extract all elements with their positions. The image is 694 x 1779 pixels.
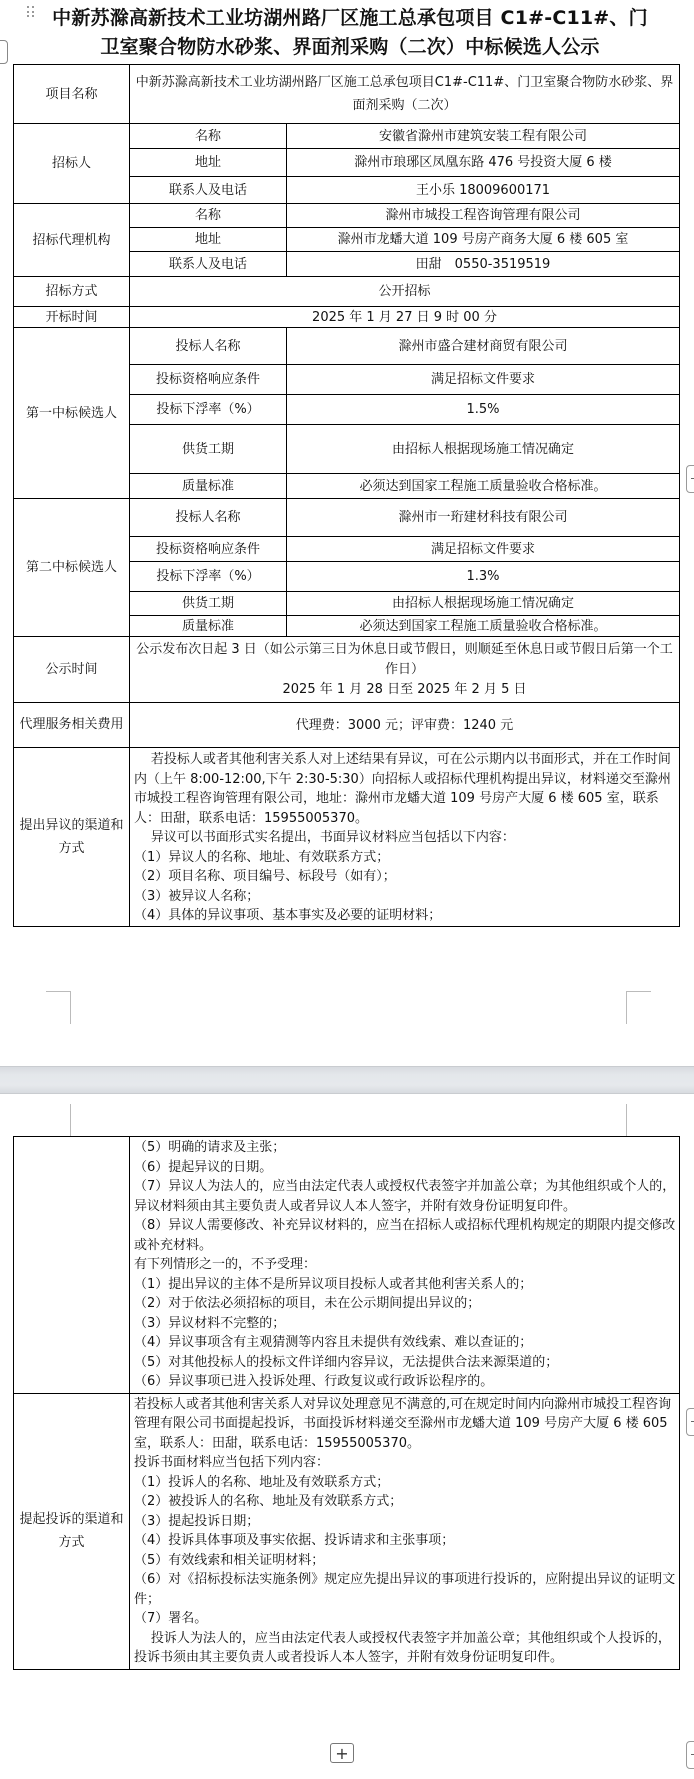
left-margin-tab[interactable]: [0, 40, 8, 64]
agency-name: 滁州市城投工程咨询管理有限公司: [287, 204, 680, 228]
table-row-project-name: 项目名称 中新苏滁高新技术工业坊湖州路厂区施工总承包项目C1#-C11#、门卫室…: [14, 65, 680, 124]
document-page-1: 中新苏滁高新技术工业坊湖州路厂区施工总承包项目 C1#-C11#、门 卫室聚合物…: [0, 0, 694, 1066]
table-row-publicity: 公示时间 公示发布次日起 3 日（如公示第三日为休息日或节假日，则顺延至休息日或…: [14, 637, 680, 703]
field-label: 供货工期: [130, 592, 287, 616]
list-item: （2）项目名称、项目编号、标段号（如有）；: [134, 867, 676, 887]
agency-label: 招标代理机构: [14, 204, 130, 277]
complaint-label: 提起投诉的渠道和方式: [14, 1393, 130, 1669]
list-item: （4）具体的异议事项、基本事实及必要的证明材料；: [134, 906, 676, 926]
agency-address: 滁州市龙蟠大道 109 号房产商务大厦 6 楼 605 室: [287, 228, 680, 252]
field-label: 联系人及电话: [130, 177, 287, 204]
field-label: 质量标准: [130, 474, 287, 499]
document-title: 中新苏滁高新技术工业坊湖州路厂区施工总承包项目 C1#-C11#、门 卫室聚合物…: [40, 4, 660, 62]
list-item: （8）异议人需要修改、补充异议材料的，应当在招标人或招标代理机构规定的期限内提交…: [134, 1216, 676, 1255]
list-item: （6）异议事项已进入投诉处理、行政复议或行政诉讼程序的。: [134, 1372, 676, 1392]
project-name-value: 中新苏滁高新技术工业坊湖州路厂区施工总承包项目C1#-C11#、门卫室聚合物防水…: [130, 65, 680, 124]
field-label: 投标下浮率（%）: [130, 562, 287, 592]
list-item: （3）异议材料不完整的；: [134, 1314, 676, 1334]
objection-requirement-intro: 异议可以书面形式实名提出，书面异议材料应当包括以下内容：: [134, 828, 676, 848]
table-row-opening-time: 开标时间 2025 年 1 月 27 日 9 时 00 分: [14, 307, 680, 328]
title-line-1: 中新苏滁高新技术工业坊湖州路厂区施工总承包项目 C1#-C11#、门: [40, 4, 660, 33]
complaint-materials-intro: 投诉书面材料应当包括下列内容：: [134, 1453, 676, 1473]
objection-label: 提出异议的渠道和方式: [14, 748, 130, 927]
list-item: （1）提出异议的主体不是所异议项目投标人或者其他利害关系人的；: [134, 1275, 676, 1295]
list-item: （6）提起异议的日期。: [134, 1158, 676, 1178]
method-value: 公开招标: [130, 277, 680, 307]
fees-label: 代理服务相关费用: [14, 703, 130, 748]
list-item: （6）对《招标投标法实施条例》规定应先提出异议的事项进行投诉的，应附提出异议的证…: [134, 1570, 676, 1609]
tenderer-label: 招标人: [14, 124, 130, 204]
list-item: （5）对其他投标人的投标文件详细内容异议，无法提供合法来源渠道的；: [134, 1353, 676, 1373]
field-label: 联系人及电话: [130, 252, 287, 277]
list-item: （4）投诉具体事项及事实依据、投诉请求和主张事项；: [134, 1531, 676, 1551]
page-corner-mark: [46, 991, 71, 1024]
table-row: 第一中标候选人 投标人名称 滁州市盛合建材商贸有限公司: [14, 328, 680, 365]
drag-handle-icon[interactable]: [27, 6, 35, 18]
page-break-band: [0, 1066, 694, 1094]
table-row-complaint: 提起投诉的渠道和方式 若投标人或者其他利害关系人对异议处理意见不满意的,可在规定…: [14, 1393, 680, 1669]
title-line-2: 卫室聚合物防水砂浆、界面剂采购（二次）中标候选人公示: [40, 33, 660, 62]
tenderer-name: 安徽省滁州市建筑安装工程有限公司: [287, 124, 680, 149]
objection-intro: 若投标人或者其他利害关系人对上述结果有异议，可在公示期内以书面形式，并在工作时间…: [134, 750, 676, 828]
page-corner-mark: [626, 1104, 651, 1137]
candidate2-qualification: 满足招标文件要求: [287, 537, 680, 562]
table-row-fees: 代理服务相关费用 代理费：3000 元；评审费：1240 元: [14, 703, 680, 748]
candidate2-quality: 必须达到国家工程施工质量验收合格标准。: [287, 616, 680, 637]
candidate1-rate: 1.5%: [287, 395, 680, 425]
right-margin-tab[interactable]: [686, 465, 694, 493]
list-item: （7）异议人为法人的，应当由法定代表人或授权代表签字并加盖公章；为其他组织或个人…: [134, 1177, 676, 1216]
table-row-objection: 提出异议的渠道和方式 若投标人或者其他利害关系人对上述结果有异议，可在公示期内以…: [14, 748, 680, 927]
field-label: 名称: [130, 204, 287, 228]
candidate2-delivery: 由招标人根据现场施工情况确定: [287, 592, 680, 616]
project-name-label: 项目名称: [14, 65, 130, 124]
right-margin-tab[interactable]: [686, 1408, 694, 1436]
field-label: 地址: [130, 228, 287, 252]
candidate2-bidder: 滁州市一珩建材科技有限公司: [287, 499, 680, 537]
list-item: （1）投诉人的名称、地址及有效联系方式；: [134, 1473, 676, 1493]
tenderer-contact: 王小乐 18009600171: [287, 177, 680, 204]
field-label: 名称: [130, 124, 287, 149]
complaint-intro: 若投标人或者其他利害关系人对异议处理意见不满意的,可在规定时间内向滁州市城投工程…: [134, 1395, 676, 1454]
objection-content: 若投标人或者其他利害关系人对上述结果有异议，可在公示期内以书面形式，并在工作时间…: [130, 748, 680, 927]
field-label: 质量标准: [130, 616, 287, 637]
field-label: 地址: [130, 149, 287, 177]
candidate2-rate: 1.3%: [287, 562, 680, 592]
publicity-value: 公示发布次日起 3 日（如公示第三日为休息日或节假日，则顺延至休息日或节假日后第…: [130, 637, 680, 703]
objection-label-continued: [14, 1137, 130, 1394]
list-item: （1）异议人的名称、地址、有效联系方式；: [134, 848, 676, 868]
field-label: 供货工期: [130, 425, 287, 474]
fees-value: 代理费：3000 元；评审费：1240 元: [130, 703, 680, 748]
field-label: 投标人名称: [130, 499, 287, 537]
reject-intro: 有下列情形之一的，不予受理：: [134, 1255, 676, 1275]
page-corner-mark: [46, 1104, 71, 1137]
list-item: （3）提起投诉日期；: [134, 1512, 676, 1532]
list-item: （3）被异议人名称；: [134, 887, 676, 907]
field-label: 投标资格响应条件: [130, 365, 287, 395]
candidate1-label: 第一中标候选人: [14, 328, 130, 499]
method-label: 招标方式: [14, 277, 130, 307]
announcement-table-page-1: 项目名称 中新苏滁高新技术工业坊湖州路厂区施工总承包项目C1#-C11#、门卫室…: [13, 64, 680, 927]
list-item: （2）被投诉人的名称、地址及有效联系方式；: [134, 1492, 676, 1512]
candidate1-qualification: 满足招标文件要求: [287, 365, 680, 395]
list-item: （4）异议事项含有主观猜测等内容且未提供有效线索、难以查证的；: [134, 1333, 676, 1353]
objection-content-continued: （5）明确的请求及主张； （6）提起异议的日期。 （7）异议人为法人的，应当由法…: [130, 1137, 680, 1394]
table-row: 招标人 名称 安徽省滁州市建筑安装工程有限公司: [14, 124, 680, 149]
field-label: 投标资格响应条件: [130, 537, 287, 562]
candidate1-delivery: 由招标人根据现场施工情况确定: [287, 425, 680, 474]
opening-time-label: 开标时间: [14, 307, 130, 328]
candidate2-label: 第二中标候选人: [14, 499, 130, 637]
publicity-rule: 公示发布次日起 3 日（如公示第三日为休息日或节假日，则顺延至休息日或节假日后第…: [133, 640, 676, 680]
add-row-button[interactable]: +: [330, 1743, 354, 1763]
candidate1-bidder: 滁州市盛合建材商贸有限公司: [287, 328, 680, 365]
complaint-content: 若投标人或者其他利害关系人对异议处理意见不满意的,可在规定时间内向滁州市城投工程…: [130, 1393, 680, 1669]
list-item: （2）对于依法必须招标的项目，未在公示期间提出异议的；: [134, 1294, 676, 1314]
agency-contact: 田甜 0550-3519519: [287, 252, 680, 277]
tenderer-address: 滁州市琅琊区凤凰东路 476 号投资大厦 6 楼: [287, 149, 680, 177]
table-row-objection-continued: （5）明确的请求及主张； （6）提起异议的日期。 （7）异议人为法人的，应当由法…: [14, 1137, 680, 1394]
announcement-table-page-2: （5）明确的请求及主张； （6）提起异议的日期。 （7）异议人为法人的，应当由法…: [13, 1136, 680, 1670]
publicity-label: 公示时间: [14, 637, 130, 703]
list-item: （5）明确的请求及主张；: [134, 1138, 676, 1158]
field-label: 投标下浮率（%）: [130, 395, 287, 425]
table-row-method: 招标方式 公开招标: [14, 277, 680, 307]
candidate1-quality: 必须达到国家工程施工质量验收合格标准。: [287, 474, 680, 499]
table-row: 第二中标候选人 投标人名称 滁州市一珩建材科技有限公司: [14, 499, 680, 537]
list-item: （5）有效线索和相关证明材料；: [134, 1551, 676, 1571]
page-corner-mark: [626, 991, 651, 1024]
complaint-closing: 投诉人为法人的，应当由法定代表人或授权代表签字并加盖公章；其他组织或个人投诉的，…: [134, 1629, 676, 1668]
list-item: （7）署名。: [134, 1609, 676, 1629]
table-row: 招标代理机构 名称 滁州市城投工程咨询管理有限公司: [14, 204, 680, 228]
opening-time-value: 2025 年 1 月 27 日 9 时 00 分: [130, 307, 680, 328]
document-page-2: （5）明确的请求及主张； （6）提起异议的日期。 （7）异议人为法人的，应当由法…: [0, 1094, 694, 1779]
field-label: 投标人名称: [130, 328, 287, 365]
right-margin-tab[interactable]: [686, 1741, 694, 1769]
publicity-dates: 2025 年 1 月 28 日至 2025 年 2 月 5 日: [133, 680, 676, 700]
